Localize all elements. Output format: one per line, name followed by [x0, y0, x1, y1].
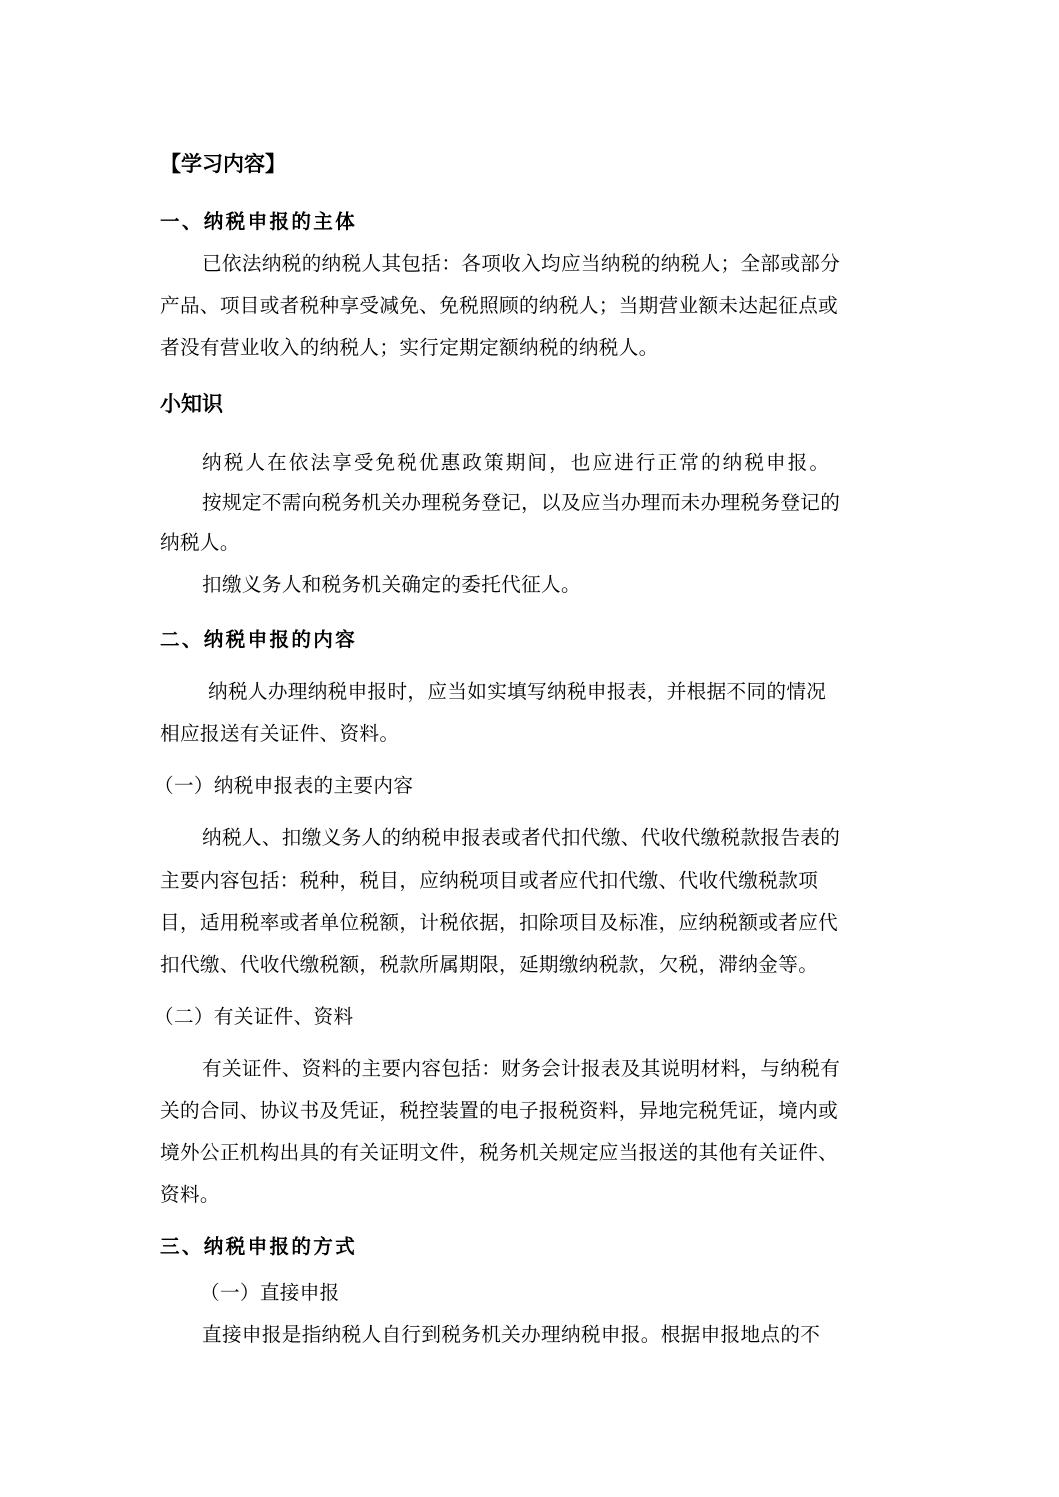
paragraph-line: 纳税人、扣缴义务人的纳税申报表或者代扣代缴、代收代缴税款报告表的 — [202, 826, 840, 850]
paragraph-line: 相应报送有关证件、资料。 — [160, 722, 399, 746]
paragraph-line: 直接申报是指纳税人自行到税务机关办理纳税申报。根据申报地点的不 — [202, 1323, 820, 1347]
tip-line: 纳税人。 — [160, 531, 240, 555]
tip-line: 按规定不需向税务机关办理税务登记，以及应当办理而未办理税务登记的 — [202, 491, 840, 515]
paragraph-line: 有关证件、资料的主要内容包括：财务会计报表及其说明材料，与纳税有 — [202, 1057, 840, 1081]
paragraph-line: 产品、项目或者税种享受减免、免税照顾的纳税人；当期营业额未达起征点或 — [160, 294, 838, 318]
section-heading-subject: 一、纳税申报的主体 — [160, 210, 357, 234]
paragraph-line: 者没有营业收入的纳税人；实行定期定额纳税的纳税人。 — [160, 336, 659, 360]
paragraph-line: 已依法纳税的纳税人其包括：各项收入均应当纳税的纳税人；全部或部分 — [202, 252, 840, 276]
subsection-heading: （二）有关证件、资料 — [154, 1005, 353, 1029]
subsection-heading: （一）直接申报 — [200, 1281, 340, 1305]
tip-line: 纳税人在依法享受免税优惠政策期间，也应进行正常的纳税申报。 — [202, 451, 831, 475]
paragraph-line: 资料。 — [160, 1183, 220, 1207]
tip-line: 扣缴义务人和税务机关确定的委托代征人。 — [202, 573, 581, 597]
paragraph-line: 关的合同、协议书及凭证，税控装置的电子报税资料，异地完税凭证，境内或 — [160, 1099, 838, 1123]
subsection-heading: （一）纳税申报表的主要内容 — [154, 774, 413, 798]
paragraph-line: 主要内容包括：税种，税目，应纳税项目或者应代扣代缴、代收代缴税款项 — [160, 869, 818, 893]
paragraph-line: 扣代缴、代收代缴税额，税款所属期限，延期缴纳税款，欠税，滞纳金等。 — [160, 953, 818, 977]
paragraph-line: 境外公正机构出具的有关证明文件，税务机关规定应当报送的其他有关证件、 — [160, 1141, 838, 1165]
paragraph-line: 纳税人办理纳税申报时，应当如实填写纳税申报表，并根据不同的情况 — [208, 680, 826, 704]
section-heading-content: 二、纳税申报的内容 — [160, 628, 357, 652]
section-heading-method: 三、纳税申报的方式 — [160, 1235, 357, 1259]
paragraph-line: 目，适用税率或者单位税额，计税依据，扣除项目及标准，应纳税额或者应代 — [160, 911, 838, 935]
tip-heading: 小知识 — [160, 392, 223, 416]
page-title: 【学习内容】 — [160, 152, 286, 176]
